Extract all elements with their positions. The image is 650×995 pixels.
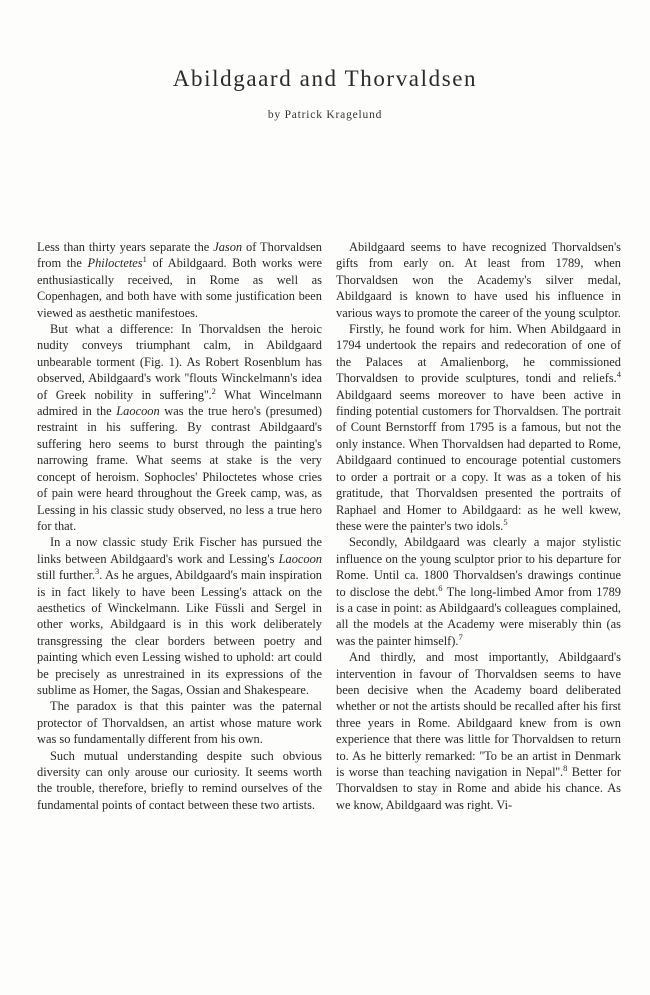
article-title: Abildgaard and Thorvaldsen bbox=[0, 0, 650, 92]
paragraph: Less than thirty years separate the Jaso… bbox=[37, 239, 322, 321]
article-byline: by Patrick Kragelund bbox=[0, 109, 650, 121]
paragraph: And thirdly, and most importantly, Abild… bbox=[336, 649, 621, 813]
paragraph: Such mutual understanding despite such o… bbox=[37, 748, 322, 814]
paragraph: But what a difference: In Thorvaldsen th… bbox=[37, 321, 322, 534]
paragraph: In a now classic study Erik Fischer has … bbox=[37, 534, 322, 698]
paragraph: Abildgaard seems to have recognized Thor… bbox=[336, 239, 621, 321]
scanned-paper-page: Abildgaard and Thorvaldsen by Patrick Kr… bbox=[0, 0, 650, 995]
right-column: Abildgaard seems to have recognized Thor… bbox=[336, 239, 621, 813]
text-columns: Less than thirty years separate the Jaso… bbox=[0, 239, 650, 813]
paragraph: The paradox is that this painter was the… bbox=[37, 698, 322, 747]
paragraph: Firstly, he found work for him. When Abi… bbox=[336, 321, 621, 534]
paragraph: Secondly, Abildgaard was clearly a major… bbox=[336, 534, 621, 649]
left-column: Less than thirty years separate the Jaso… bbox=[37, 239, 322, 813]
